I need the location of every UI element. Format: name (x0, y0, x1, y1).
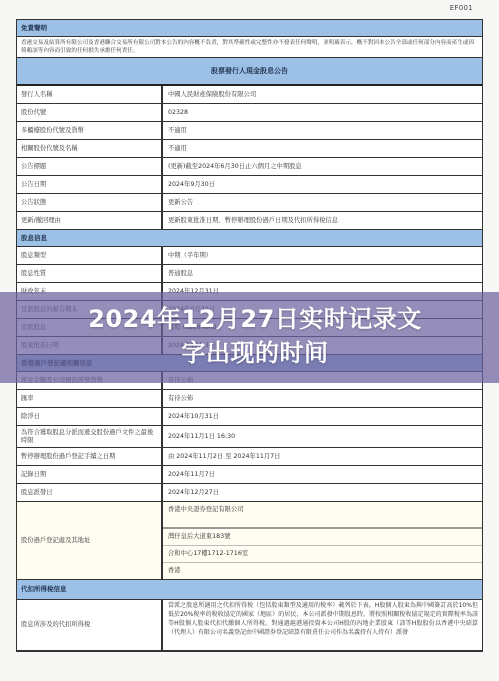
row-label: 股息性質 (17, 265, 163, 282)
row-label: 匯率 (17, 390, 163, 407)
disclaimer-text: 香港交易及結算所有限公司及香港聯合交易所有限公司對本公告的內容概不負責，對其準確… (17, 37, 482, 58)
table-row: 公告日期 2024年9月30日 (17, 176, 482, 194)
row-value: 有待公佈 (163, 390, 482, 407)
row-value: 由 2024年11月2日 至 2024年11月7日 (163, 448, 482, 465)
row-value: 2024年11月1日 16:30 (163, 426, 482, 447)
table-row: 公告狀態 更新公告 (17, 194, 482, 212)
row-value: 中期（半年期） (163, 247, 482, 264)
document-page: EF001 免責聲明 香港交易及結算所有限公司及香港聯合交易所有限公司對本公告的… (0, 0, 499, 681)
table-row: 暫停辦理股份過戶登記手續之日期 由 2024年11月2日 至 2024年11月7… (17, 448, 482, 466)
row-label: 股息所涉及的代扣所得稅 (17, 600, 163, 650)
registrar-name: 香港中央證券登記有限公司 (163, 502, 482, 529)
row-label: 暫停辦理股份過戶登記手續之日期 (17, 448, 163, 465)
table-row: 股息性質 普通股息 (17, 265, 482, 283)
row-value: 當派之股息所適用之代扣所得稅（包括股東類型及適用的稅率）載列於下表。H股個人股東… (163, 600, 482, 650)
table-row: 股息所涉及的代扣所得稅 當派之股息所適用之代扣所得稅（包括股東類型及適用的稅率）… (17, 600, 482, 651)
overlay-headline-line2: 字出现的时间 (55, 336, 455, 370)
row-label: 股份過戶登記處及其地址 (17, 502, 163, 579)
address-line: 合和中心17樓1712-1716室 (163, 546, 482, 563)
table-row: 發行人名稱 中國人民財產保險股份有限公司 (17, 86, 482, 104)
disclaimer-heading: 免責聲明 (17, 20, 482, 37)
overlay-headline-line1: 2024年12月27日实时记录文 (55, 302, 455, 336)
row-value: 更新股東批准日期、暫停辦理股份過戶日期及代扣所得稅信息 (163, 212, 482, 229)
registrar-address: 香港中央證券登記有限公司 灣仔皇后大道東183號 合和中心17樓1712-171… (163, 502, 482, 579)
table-row: 記錄日期 2024年11月7日 (17, 466, 482, 484)
row-value: 2024年12月27日 (163, 484, 482, 501)
row-value: 不適用 (163, 122, 482, 139)
table-title: 股票發行人現金股息公告 (17, 58, 482, 86)
withholding-tax-heading: 代扣所得稅信息 (17, 580, 482, 600)
row-value: 更新公告 (163, 194, 482, 211)
table-row: 公告標題 (更新)截至2024年6月30日止六個月之中期股息 (17, 158, 482, 176)
table-row: 股息類型 中期（半年期） (17, 247, 482, 265)
row-label: 相關股份代號及名稱 (17, 140, 163, 157)
row-value: 2024年10月31日 (163, 408, 482, 425)
row-value: 不適用 (163, 140, 482, 157)
overlay-headline: 2024年12月27日实时记录文 字出现的时间 (55, 302, 455, 370)
row-value: 普通股息 (163, 265, 482, 282)
row-label: 股份代號 (17, 104, 163, 121)
row-value: 2024年11月7日 (163, 466, 482, 483)
table-row: 除淨日 2024年10月31日 (17, 408, 482, 426)
row-label: 股息派發日 (17, 484, 163, 501)
table-row: 更新/撤回理由 更新股東批准日期、暫停辦理股份過戶日期及代扣所得稅信息 (17, 212, 482, 230)
row-label: 公告日期 (17, 176, 163, 193)
table-row: 股份代號 02328 (17, 104, 482, 122)
table-row: 相關股份代號及名稱 不適用 (17, 140, 482, 158)
table-row: 多櫃檯股份代號及貨幣 不適用 (17, 122, 482, 140)
address-line: 香港 (163, 563, 482, 579)
row-label: 公告狀態 (17, 194, 163, 211)
row-label: 記錄日期 (17, 466, 163, 483)
row-value: 02328 (163, 104, 482, 121)
address-line: 灣仔皇后大道東183號 (163, 529, 482, 546)
table-row: 匯率 有待公佈 (17, 390, 482, 408)
row-label: 股息類型 (17, 247, 163, 264)
row-label: 為符合獲取股息分派而遞交股份過戶文件之最後時限 (17, 426, 163, 447)
row-value: (更新)截至2024年6月30日止六個月之中期股息 (163, 158, 482, 175)
form-code: EF001 (450, 4, 473, 12)
dividend-info-heading: 股息信息 (17, 230, 482, 247)
row-value: 2024年9月30日 (163, 176, 482, 193)
row-label: 發行人名稱 (17, 86, 163, 103)
registrar-row: 股份過戶登記處及其地址 香港中央證券登記有限公司 灣仔皇后大道東183號 合和中… (17, 502, 482, 580)
row-label: 除淨日 (17, 408, 163, 425)
table-row: 股息派發日 2024年12月27日 (17, 484, 482, 502)
row-label: 公告標題 (17, 158, 163, 175)
row-value: 中國人民財產保險股份有限公司 (163, 86, 482, 103)
row-label: 更新/撤回理由 (17, 212, 163, 229)
row-label: 多櫃檯股份代號及貨幣 (17, 122, 163, 139)
table-row: 為符合獲取股息分派而遞交股份過戶文件之最後時限 2024年11月1日 16:30 (17, 426, 482, 448)
